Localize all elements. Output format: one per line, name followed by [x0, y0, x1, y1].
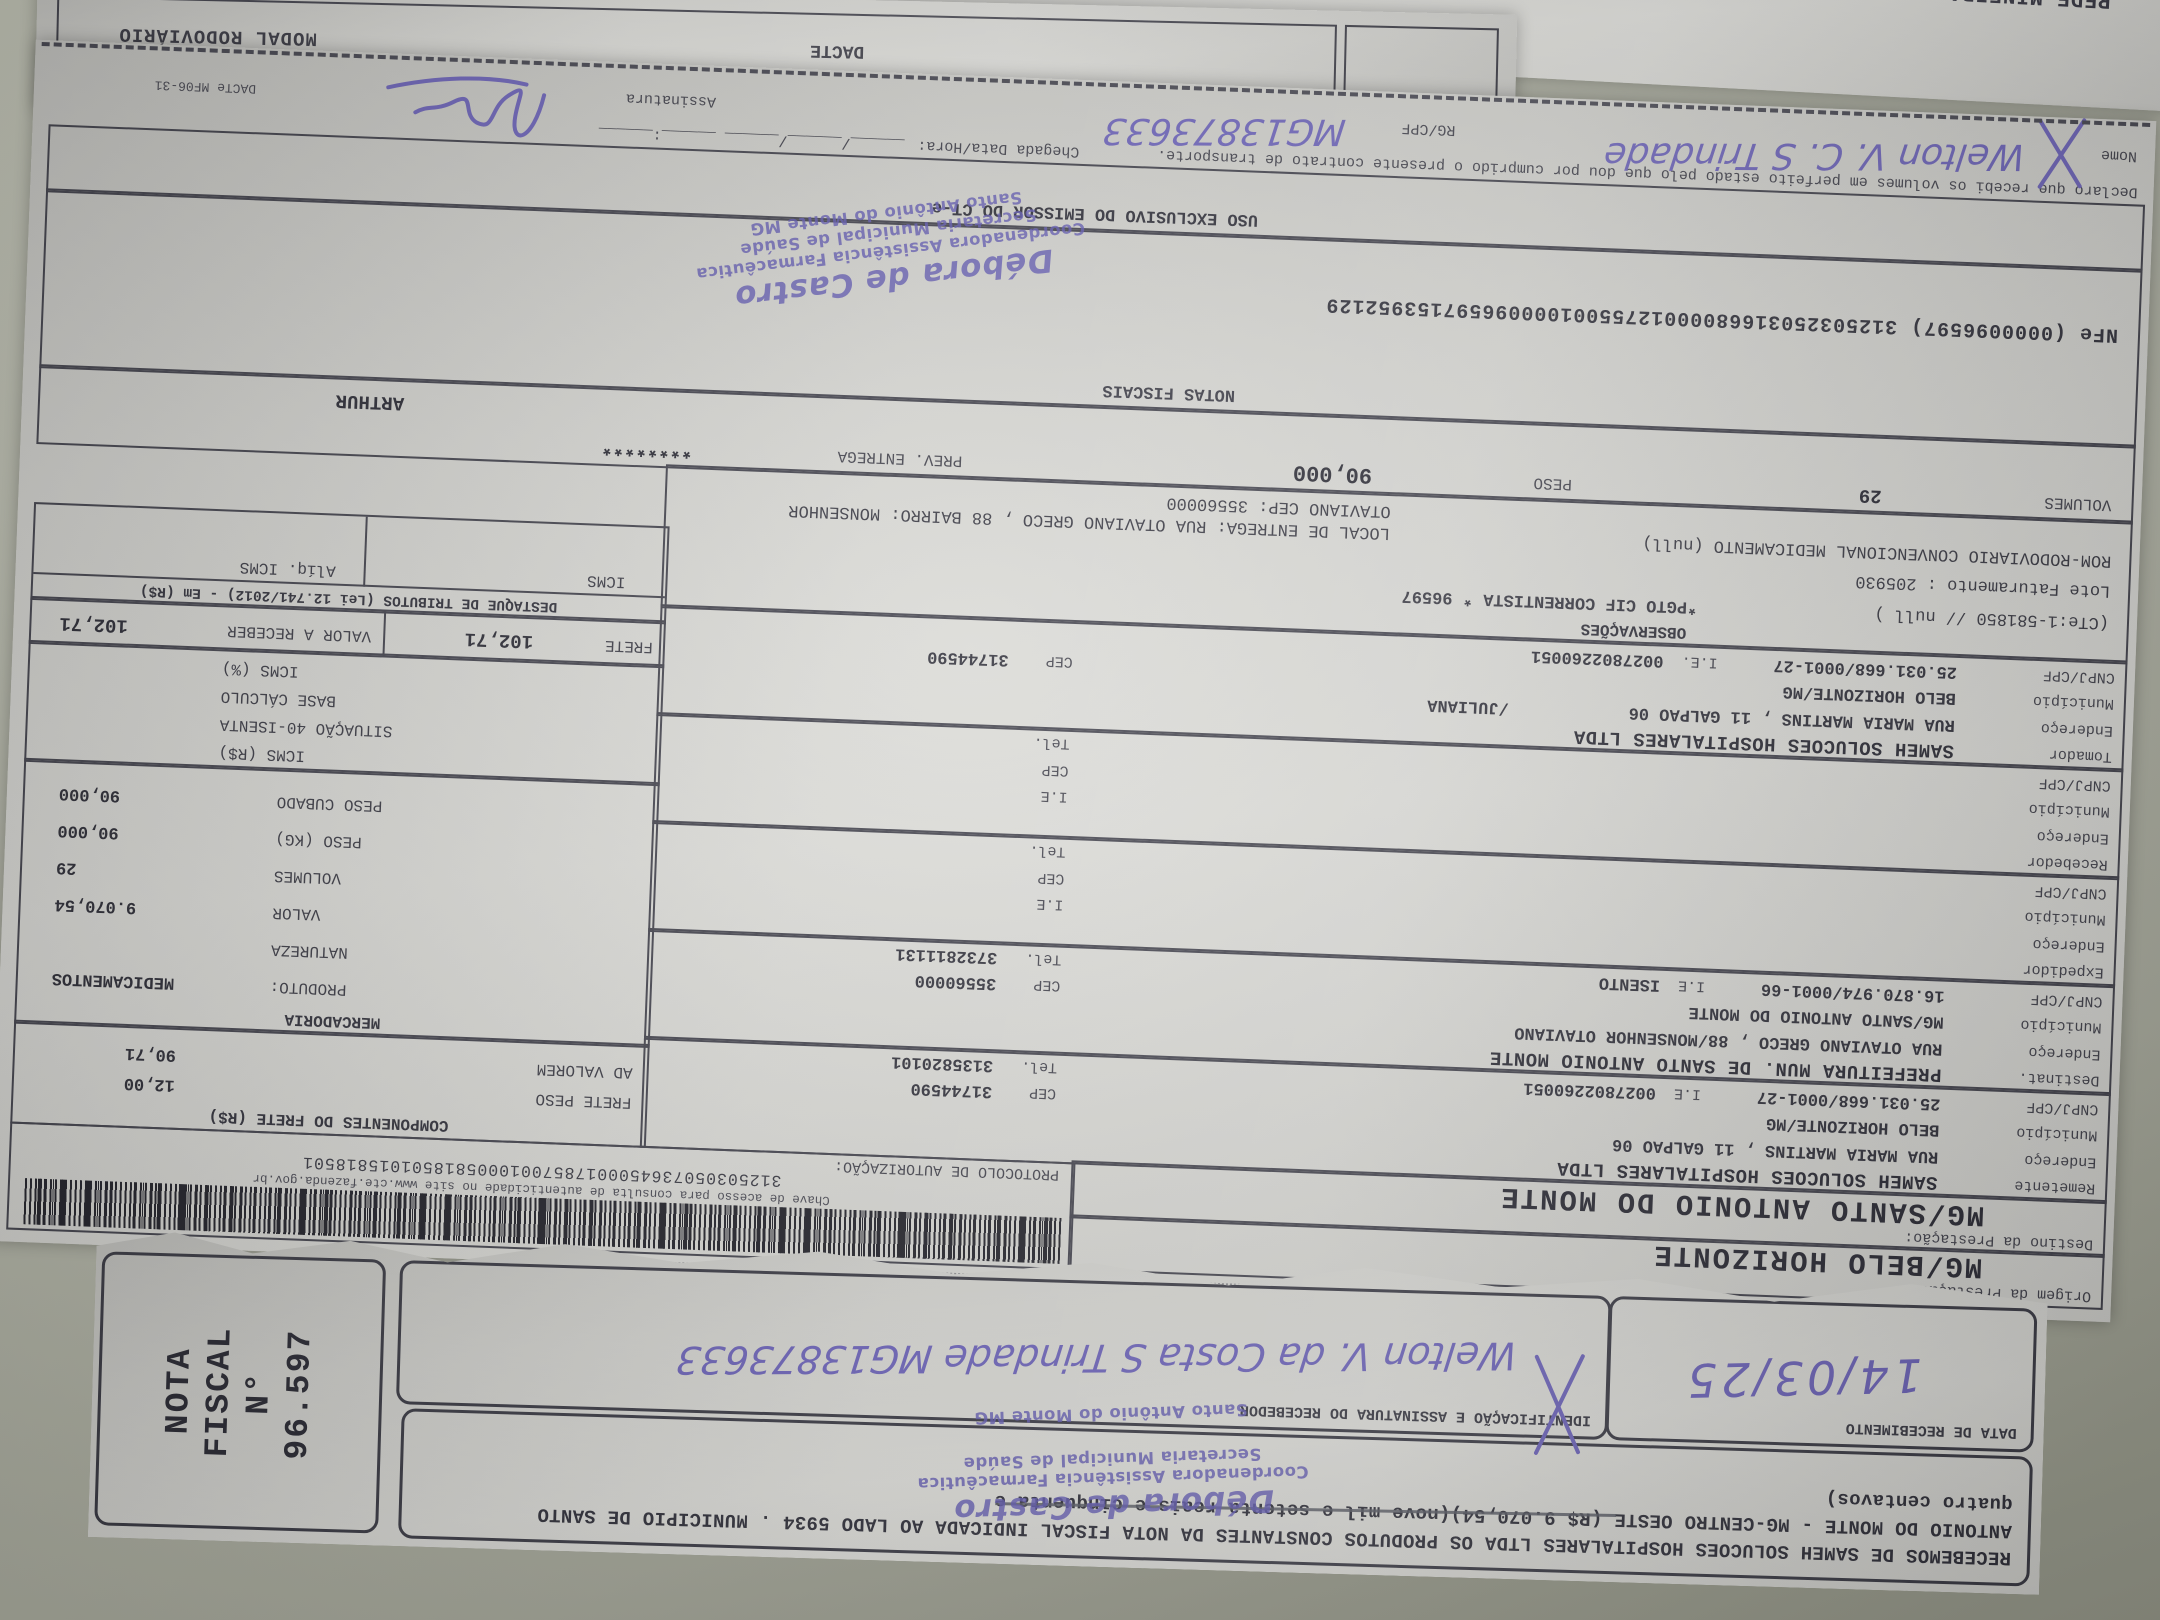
dacte-sheet: Origem da Prestação: MG/BELO HORIZONTE D… [0, 40, 2156, 1323]
remetente-ie: 0027802260051 [1523, 1077, 1656, 1101]
nf-word-numero: N° [238, 1327, 282, 1459]
conferente-name: ARTHUR [335, 390, 404, 415]
endereco-label: Endereço [1946, 931, 2115, 954]
cnpj-label: CNPJ/CPF [1957, 663, 2126, 686]
cnpj-label: CNPJ/CPF [1944, 986, 2113, 1009]
tel-label: Tel. [1001, 841, 1066, 860]
nf-word-nota: NOTA [158, 1325, 202, 1457]
mercadoria-box: MERCADORIA PRODUTO: MEDICAMENTOS NATUREZ… [14, 758, 660, 1048]
dacte-label: DACTE [810, 40, 864, 61]
endereco-label: Endereço [1951, 824, 2120, 847]
destaque-icms-label: ICMS [587, 571, 626, 590]
frete-label: FRETE [605, 636, 654, 656]
ad-valorem-value: 90,71 [125, 1043, 177, 1064]
cell-divider [363, 517, 368, 587]
prev-entrega-label: PREV. ENTREGA [837, 447, 962, 470]
volumes-row-value: 29 [1858, 484, 1882, 507]
ie-label: I.E. [1681, 652, 1718, 670]
handwritten-nome: Welton V. C. S Trindade [1602, 134, 2028, 176]
endereco-label: Endereço [1942, 1039, 2111, 1062]
remetente-cnpj: 25.031.668/0001-27 [1757, 1086, 1941, 1112]
destinatario-ie: ISENTO [1599, 972, 1661, 993]
peso-row-value: 90,000 [1292, 459, 1372, 487]
peso-cubado-label: PESO CUBADO [276, 793, 487, 819]
municipio-label: Município [1947, 905, 2116, 928]
cep-label: CEP [996, 975, 1061, 994]
handwritten-data: 14/03/25 [1683, 1348, 1923, 1407]
endereco-label: Endereço [1938, 1147, 2107, 1170]
handwritten-rg: MG13873633 [1100, 110, 1347, 152]
cell-divider [382, 612, 386, 656]
data-recebimento-label: DATA DE RECEBIMENTO [1846, 1419, 2017, 1441]
cep-label: CEP [1008, 651, 1073, 670]
handwritten-x-mark [2030, 114, 2093, 192]
destinatario-cnpj: 16.870.974/0001-66 [1761, 978, 1945, 1004]
tomador-cnpj: 25.031.668/0001-27 [1773, 655, 1957, 681]
nfe-line: NFe (0000096597) 31250325031668000012755… [1325, 292, 2118, 345]
destinatario-label: Destinat. [1941, 1066, 2110, 1089]
nf-number: 96.597 [278, 1328, 322, 1460]
remetente-label: Remetente [1937, 1174, 2106, 1197]
tomador-ie: 0027802260051 [1531, 645, 1664, 669]
ie-label: I.E [1678, 976, 1706, 994]
municipio-label: Município [1952, 797, 2121, 820]
nota-fiscal-numero-box: NOTA FISCAL N° 96.597 [94, 1251, 386, 1533]
nf-word-fiscal: FISCAL [198, 1326, 242, 1458]
municipio-label: Município [1943, 1013, 2112, 1036]
volumes-label: VOLUMES [274, 866, 485, 892]
expedidor-label: Expedidor [1945, 958, 2114, 981]
photo-background: REDE MINEIRA DE TRANSPORTES LTDA EPP RED… [0, 0, 2160, 1620]
tomador-label: Tomador [1954, 742, 2123, 765]
tomador-endereco-extra: /JULIANA [1427, 694, 1509, 716]
cep-label: CEP [992, 1082, 1057, 1101]
municipio-label: Município [1956, 689, 2125, 712]
destinatario-tel: 3732811131 [895, 943, 998, 966]
handwritten-x-mark [1526, 1349, 1593, 1461]
ie-label: I.E [1674, 1084, 1702, 1102]
ie-label: I.E [999, 894, 1064, 913]
aliq-icms-label: Alíq. ICMS [239, 558, 336, 580]
tomador-cep-value: 31744590 [927, 647, 1009, 669]
debora-stamp-canhoto: Débora de Castro Coordenadora Assistênci… [781, 1394, 1444, 1534]
ie-label: I.E [1003, 786, 1068, 805]
remetente-tel: 3135820101 [891, 1051, 994, 1074]
tel-label: Tel. [993, 1056, 1058, 1075]
recebedor-label: Recebedor [1950, 850, 2119, 873]
peso-cubado-value: 90,000 [59, 783, 121, 804]
company-name-line: REDE MINEIRA DE TRANSPORTES LTDA EPP [1621, 0, 2111, 11]
peso-kg-label: PESO (KG) [275, 830, 486, 856]
rg-cpf-label: RG/CPF [1401, 119, 1456, 138]
handwritten-recebedor: Welton V. da Costa S Trindade MG13873633 [674, 1334, 1519, 1382]
cep-label: CEP [1004, 759, 1069, 778]
rom-line: ROM-RODOVIARIO CONVENCIONAL MEDICAMENTO … [1642, 533, 2112, 570]
valor-value: 9.070,54 [54, 894, 136, 916]
produto-label: PRODUTO: [269, 977, 480, 1003]
destinatario-cep: 35560000 [914, 970, 996, 992]
peso-kg-value: 90,000 [57, 820, 119, 841]
lote-line: Lote Faturamento : 205930 [1855, 571, 2111, 600]
frete-peso-value: 12,00 [124, 1073, 176, 1094]
valor-receber-value: 102,71 [59, 612, 128, 637]
volumes-row-label: VOLUMES [2044, 493, 2112, 514]
natureza-label: NATUREZA [271, 940, 482, 966]
data-recebimento-box: DATA DE RECEBIMENTO 14/03/25 [1605, 1296, 2037, 1453]
volumes-value: 29 [56, 857, 77, 877]
cte-line: (CTe:1-581850 // null ) [1874, 604, 2109, 632]
peso-row-label: PESO [1533, 474, 1572, 493]
cep-label: CEP [1000, 867, 1065, 886]
frete-value: 102,71 [464, 628, 533, 653]
municipio-label: Município [1939, 1121, 2108, 1144]
handwritten-signature [364, 62, 557, 155]
valor-label: VALOR [272, 903, 483, 929]
endereco-label: Endereço [1955, 716, 2124, 739]
observacoes-title: OBSERVAÇÕES [1580, 619, 1686, 641]
notas-fiscais-title: NOTAS FISCAIS [1102, 380, 1235, 404]
nota-fiscal-numero: NOTA FISCAL N° 96.597 [158, 1325, 322, 1461]
assinatura-label: Assinatura [626, 89, 717, 109]
chegada-label: Chegada Data/Hora: [917, 137, 1080, 160]
cnpj-label: CNPJ/CPF [1948, 879, 2117, 902]
tel-label: Tel. [1005, 733, 1070, 752]
frete-peso-label: FRETE PESO [535, 1090, 632, 1112]
prev-entrega-value: ******** [601, 436, 693, 461]
nome-label: Nome [2101, 146, 2138, 164]
destino-label: Destino da Prestação: [1904, 1228, 2094, 1252]
cnpj-label: CNPJ/CPF [1953, 771, 2122, 794]
valor-receber-label: VALOR A RECEBER [227, 622, 372, 646]
pgto-line: *PGTO CIF CORRENTISTA * 96597 [1401, 586, 1697, 616]
remetente-cep: 31744590 [910, 1078, 992, 1100]
tel-label: Tel. [997, 948, 1062, 967]
cnpj-label: CNPJ/CPF [1940, 1094, 2109, 1117]
tomador-municipio: BELO HORIZONTE/MG [1782, 682, 1956, 708]
produto-value: MEDICAMENTOS [51, 968, 174, 992]
form-code: DACTe MF06-31 [154, 77, 256, 96]
ad-valorem-label: AD VALOREM [536, 1060, 633, 1082]
remetente-municipio: BELO HORIZONTE/MG [1766, 1113, 1940, 1139]
